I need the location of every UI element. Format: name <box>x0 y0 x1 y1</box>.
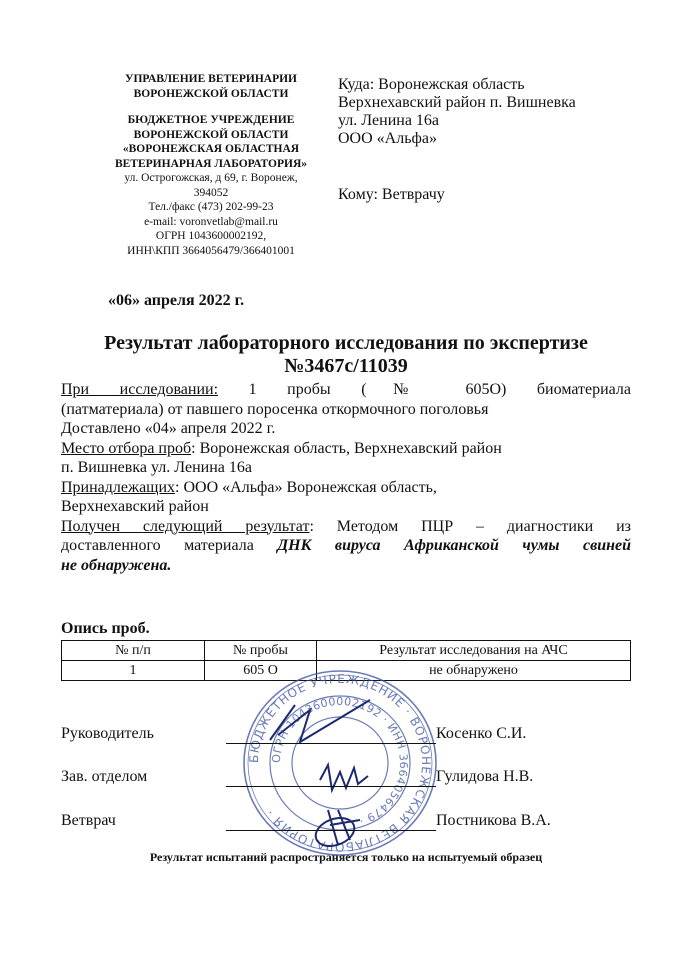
institution-line: ВОРОНЕЖСКОЙ ОБЛАСТИ <box>86 128 336 143</box>
recipient-line: Верхнехавский район п. Вишневка <box>338 94 576 112</box>
signature-role: Руководитель <box>61 725 154 743</box>
institution-line: «ВОРОНЕЖСКАЯ ОБЛАСТНАЯ <box>86 142 336 157</box>
research-label: При исследовании: <box>61 381 218 398</box>
signature-line <box>226 830 436 831</box>
signature-role: Ветврач <box>61 812 116 830</box>
header-result: Результат исследования на АЧС <box>317 641 631 661</box>
institution-line: ВЕТЕРИНАРНАЯ ЛАБОРАТОРИЯ» <box>86 157 336 172</box>
ogrn: ОГРН 1043600002192, <box>86 229 336 244</box>
owner-label: Принадлежащих <box>61 479 175 496</box>
authority-line: ВОРОНЕЖСКОЙ ОБЛАСТИ <box>86 87 336 102</box>
institution-line: БЮДЖЕТНОЕ УЧРЕЖДЕНИЕ <box>86 113 336 128</box>
inventory-title: Опись проб. <box>61 620 150 638</box>
recipient-line: Куда: Воронежская область <box>338 76 576 94</box>
document-title: Результат лабораторного исследования по … <box>40 332 652 378</box>
document-body: При исследовании: 1 пробы (№ 605О) биома… <box>61 380 631 575</box>
result-label: Получен следующий результат <box>61 518 309 535</box>
signature-row-department: Зав. отделом Гулидова Н.В. <box>61 768 621 790</box>
owner-text: : ООО «Альфа» Воронежская область, <box>175 479 437 496</box>
address-line: ул. Острогожская, д 69, г. Воронеж, <box>86 171 336 186</box>
research-line-2: (патматериала) от павшего поросенка отко… <box>61 400 631 420</box>
recipient-line: ул. Ленина 16а <box>338 112 576 130</box>
place-line: Место отбора проб: Воронежская область, … <box>61 439 631 459</box>
research-line: При исследовании: 1 пробы (№ 605О) биома… <box>61 380 631 400</box>
recipient-block: Куда: Воронежская область Верхнехавский … <box>338 76 576 204</box>
header-sample: № пробы <box>205 641 317 661</box>
authority-line: УПРАВЛЕНИЕ ВЕТЕРИНАРИИ <box>86 72 336 87</box>
place-label: Место отбора проб <box>61 440 191 457</box>
owner-line: Принадлежащих: ООО «Альфа» Воронежская о… <box>61 478 631 498</box>
result-conclusion: ДНК вируса Африканской чумы свиней <box>277 537 631 554</box>
inn: ИНН\КПП 3664056479/366401001 <box>86 244 336 259</box>
owner-line-2: Верхнехавский район <box>61 497 631 517</box>
cell-index: 1 <box>62 661 205 681</box>
signature-row-head: Руководитель Косенко С.И. <box>61 725 621 747</box>
signature-name: Гулидова Н.В. <box>436 768 533 786</box>
signature-line <box>226 786 436 787</box>
delivered-line: Доставлено «04» апреля 2022 г. <box>61 419 631 439</box>
signature-line <box>226 743 436 744</box>
result-line: Получен следующий результат: Методом ПЦР… <box>61 517 631 537</box>
footer-note: Результат испытаний распространяется тол… <box>0 850 692 865</box>
address-line: 394052 <box>86 186 336 201</box>
signature-name: Постникова В.А. <box>436 812 551 830</box>
document-date: «06» апреля 2022 г. <box>108 292 244 310</box>
place-text: : Воронежская область, Верхнехавский рай… <box>191 440 502 457</box>
result-conclusion-2: не обнаружена. <box>61 556 631 576</box>
signature-role: Зав. отделом <box>61 768 147 786</box>
signature-name: Косенко С.И. <box>436 725 526 743</box>
to-whom: Кому: Ветврачу <box>338 186 576 204</box>
signature-row-vet: Ветврач Постникова В.А. <box>61 812 621 834</box>
sender-block: УПРАВЛЕНИЕ ВЕТЕРИНАРИИ ВОРОНЕЖСКОЙ ОБЛАС… <box>86 72 336 258</box>
title-line: Результат лабораторного исследования по … <box>40 332 652 355</box>
result-line-2: доставленного материала ДНК вируса Африк… <box>61 536 631 556</box>
research-text: 1 пробы (№ 605О) биоматериала <box>218 381 631 398</box>
place-line-2: п. Вишневка ул. Ленина 16а <box>61 458 631 478</box>
phone: Тел./факс (473) 202-99-23 <box>86 200 336 215</box>
result-text-2: доставленного материала <box>61 537 277 554</box>
recipient-line: ООО «Альфа» <box>338 130 576 148</box>
result-text: : Методом ПЦР – диагностики из <box>309 518 631 535</box>
header-index: № п/п <box>62 641 205 661</box>
title-number: №3467с/11039 <box>40 355 652 378</box>
email: e-mail: voronvetlab@mail.ru <box>86 215 336 230</box>
table-header-row: № п/п № пробы Результат исследования на … <box>62 641 631 661</box>
